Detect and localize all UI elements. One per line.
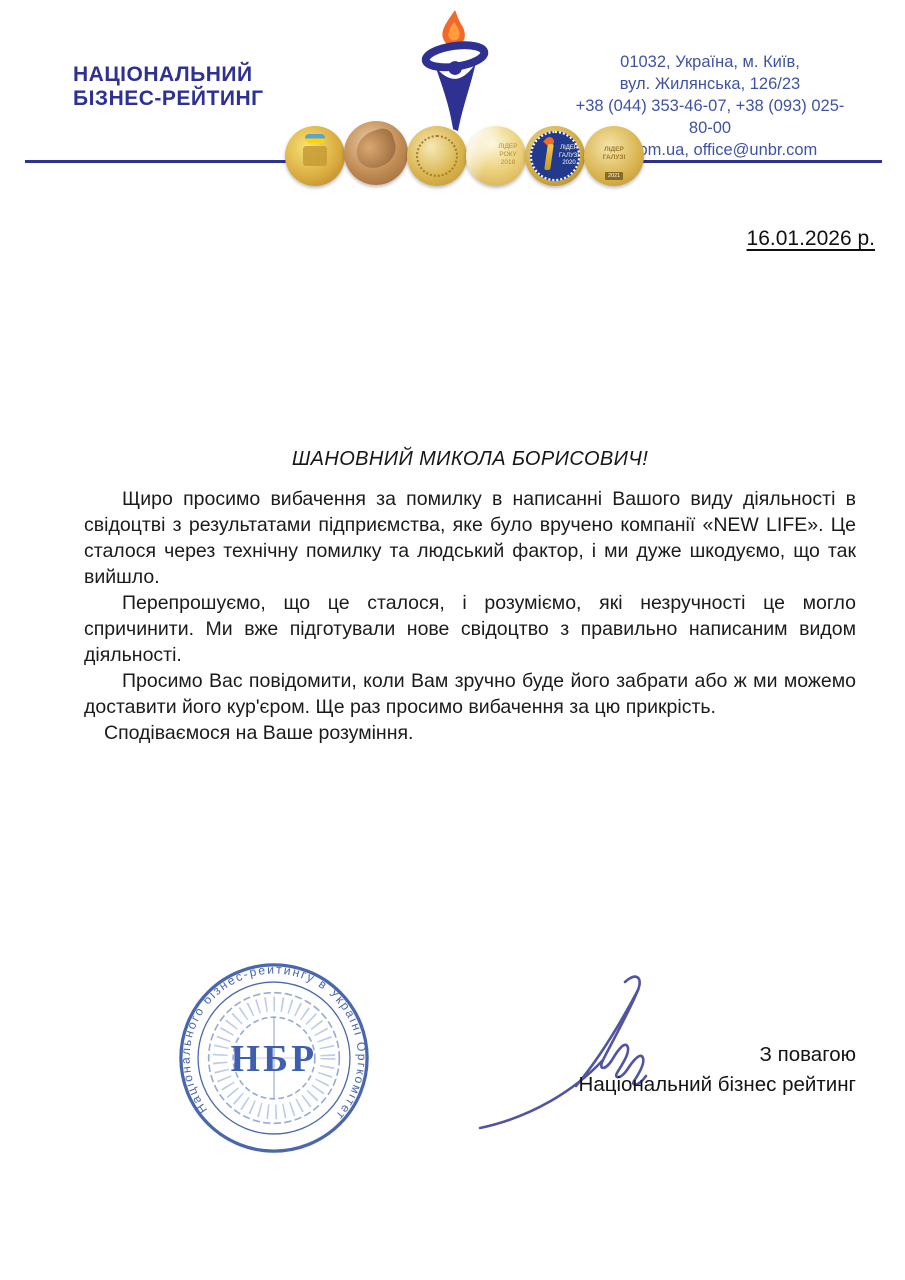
closing-block: З повагою Національний бізнес рейтинг: [500, 1040, 856, 1100]
paragraph-1: Щиро просимо вибачення за помилку в напи…: [84, 486, 856, 590]
torch-logo-icon: [392, 6, 520, 138]
logo-line-1: НАЦІОНАЛЬНИЙ: [73, 63, 264, 87]
ornate-ring: [416, 135, 458, 177]
contact-address-line2: вул. Жилянська, 126/23: [575, 73, 845, 95]
medal-leader-of-year-2018: ЛІДЕР РОКУ 2018: [466, 126, 526, 186]
closing-company: Національний бізнес рейтинг: [500, 1070, 856, 1100]
paragraph-3: Просимо Вас повідомити, коли Вам зручно …: [84, 668, 856, 720]
letter-date: 16.01.2026 р.: [690, 227, 875, 251]
closing-regards: З повагою: [500, 1040, 856, 1070]
ukraine-flag-ribbon: [305, 134, 325, 143]
medal-bronze-eagle: [344, 121, 408, 185]
header-rule-left: [25, 160, 289, 163]
paragraph-4: Сподіваємося на Ваше розуміння.: [84, 720, 856, 746]
header-rule-right: [637, 160, 882, 163]
contact-address-line1: 01032, Україна, м. Київ,: [575, 51, 845, 73]
award-medals-row: ЛІДЕР РОКУ 2018 ЛІДЕР ГАЛУЗІ 2020 ЛІДЕР …: [285, 126, 643, 186]
medal-gold-ornate: [407, 126, 467, 186]
medal-label: ЛІДЕР ГАЛУЗІ 2020: [557, 145, 581, 168]
company-round-stamp: Національного бізнес-рейтингу в Україні …: [176, 960, 372, 1156]
medal-ukraine-flag: [285, 126, 345, 186]
letter-body: Щиро просимо вибачення за помилку в напи…: [84, 486, 856, 746]
medal-emblem: [303, 146, 327, 166]
salutation: ШАНОВНИЙ МИКОЛА БОРИСОВИЧ!: [84, 448, 856, 471]
stamp-center-initials: НБР: [231, 1039, 318, 1080]
logo-line-2: БІЗНЕС-РЕЙТИНГ: [73, 87, 264, 111]
eagle-relief: [351, 126, 400, 173]
medal-year-badge: 2021: [605, 172, 623, 180]
medal-industry-leader-2021: ЛІДЕР ГАЛУЗІ 2021: [584, 126, 644, 186]
letter-page: НАЦІОНАЛЬНИЙ БІЗНЕС-РЕЙТИНГ 01032, Украї…: [0, 0, 905, 1280]
paragraph-2: Перепрошуємо, що це сталося, і розуміємо…: [84, 590, 856, 668]
medal-label: ЛІДЕР РОКУ 2018: [495, 143, 521, 167]
company-logo-text: НАЦІОНАЛЬНИЙ БІЗНЕС-РЕЙТИНГ: [73, 63, 264, 111]
medal-industry-leader-2020: ЛІДЕР ГАЛУЗІ 2020: [525, 126, 585, 186]
medal-label: ЛІДЕР ГАЛУЗІ: [597, 146, 631, 162]
